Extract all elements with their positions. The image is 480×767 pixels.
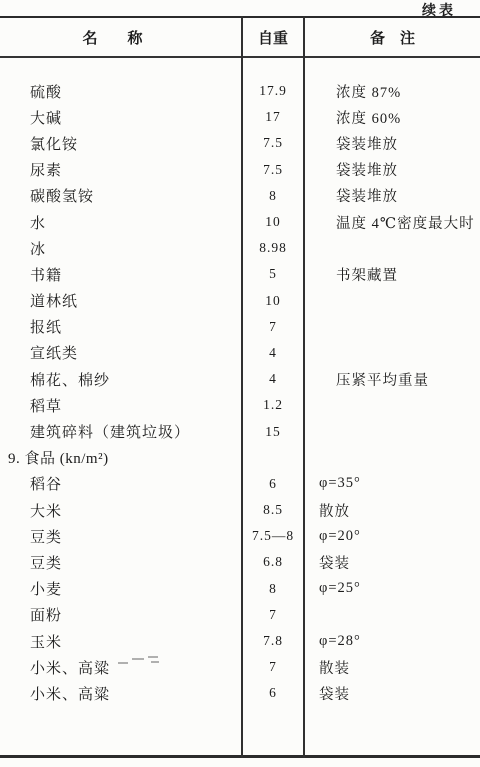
row-weight-cell: 7.5 (241, 135, 305, 151)
row-weight-cell: 10 (241, 214, 305, 230)
row-remark-cell: 袋装堆放 (305, 133, 480, 154)
row-name-cell: 9. 食品 (kn/m²) (0, 447, 241, 468)
row-name-cell: 道林纸 (0, 290, 241, 311)
row-name-cell: 稻谷 (0, 473, 241, 494)
row-weight-cell: 6.8 (241, 554, 305, 570)
table-row: 尿素 7.5 袋装堆放 (0, 157, 480, 183)
row-name-cell: 水 (0, 212, 241, 233)
table-row: 小米、高粱 7 散装 (0, 654, 480, 680)
table-row: 硫酸 17.9 浓度 87% (0, 78, 480, 104)
row-weight-cell: 6 (241, 685, 305, 701)
row-remark-cell: 压紧平均重量 (305, 369, 480, 390)
row-name-cell: 冰 (0, 238, 241, 259)
row-remark-cell: 袋装 (305, 552, 480, 573)
row-weight-cell: 17 (241, 109, 305, 125)
row-weight-cell: 15 (241, 424, 305, 440)
row-name-cell: 尿素 (0, 159, 241, 180)
table-row: 大米 8.5 散放 (0, 497, 480, 523)
table-row: 稻草 1.2 (0, 392, 480, 418)
table-row: 面粉 7 (0, 602, 480, 628)
row-weight-cell: 7.8 (241, 633, 305, 649)
print-smudge-artifact (118, 656, 162, 665)
table-row: 冰 8.98 (0, 235, 480, 261)
table-row: 书籍 5 书架藏置 (0, 261, 480, 287)
column-header-name: 名 称 (0, 27, 233, 48)
table-row: 9. 食品 (kn/m²) (0, 445, 480, 471)
row-weight-cell: 8 (241, 188, 305, 204)
row-remark-cell: 书架藏置 (305, 264, 480, 285)
table-bottom-rule (0, 755, 480, 758)
row-remark-cell: 袋装堆放 (305, 159, 480, 180)
row-name-cell: 书籍 (0, 264, 241, 285)
row-name-cell: 大米 (0, 500, 241, 521)
row-remark-cell: φ=35° (305, 475, 480, 492)
row-weight-cell: 7 (241, 607, 305, 623)
table-top-rule (0, 16, 480, 18)
table-row: 氯化铵 7.5 袋装堆放 (0, 130, 480, 156)
row-name-cell: 氯化铵 (0, 133, 241, 154)
row-weight-cell: 4 (241, 371, 305, 387)
row-weight-cell: 7 (241, 319, 305, 335)
table-row: 小麦 8 φ=25° (0, 576, 480, 602)
table-row: 大碱 17 浓度 60% (0, 104, 480, 130)
row-weight-cell: 17.9 (241, 83, 305, 99)
row-weight-cell: 7.5—8 (241, 528, 305, 544)
table-row: 碳酸氢铵 8 袋装堆放 (0, 183, 480, 209)
row-remark-cell: 温度 4℃密度最大时 (305, 212, 480, 233)
column-header-remark: 备 注 (305, 27, 480, 48)
row-name-cell: 建筑碎料（建筑垃圾） (0, 421, 241, 442)
row-weight-cell: 7.5 (241, 162, 305, 178)
table-row: 报纸 7 (0, 314, 480, 340)
row-remark-cell: 袋装 (305, 683, 480, 704)
table-row: 水 10 温度 4℃密度最大时 (0, 209, 480, 235)
column-header-weight: 自重 (241, 27, 305, 48)
table-row: 道林纸 10 (0, 288, 480, 314)
row-name-cell: 豆类 (0, 526, 241, 547)
table-row: 建筑碎料（建筑垃圾） 15 (0, 418, 480, 444)
row-remark-cell: φ=20° (305, 528, 480, 545)
row-remark-cell: 袋装堆放 (305, 185, 480, 206)
row-name-cell: 碳酸氢铵 (0, 185, 241, 206)
row-remark-cell: 散放 (305, 500, 480, 521)
row-weight-cell: 8.5 (241, 502, 305, 518)
row-weight-cell: 7 (241, 659, 305, 675)
table-row: 稻谷 6 φ=35° (0, 471, 480, 497)
table-rows: 硫酸 17.9 浓度 87% 大碱 17 浓度 60% 氯化铵 7.5 袋装堆放… (0, 58, 480, 707)
scanned-table-page: 续表 名 称 自重 备 注 硫酸 17.9 浓度 87% 大碱 17 浓度 60… (0, 0, 480, 767)
row-name-cell: 玉米 (0, 631, 241, 652)
row-name-cell: 棉花、棉纱 (0, 369, 241, 390)
row-weight-cell: 4 (241, 345, 305, 361)
row-name-cell: 宣纸类 (0, 342, 241, 363)
row-name-cell: 硫酸 (0, 81, 241, 102)
table-row: 棉花、棉纱 4 压紧平均重量 (0, 366, 480, 392)
row-weight-cell: 5 (241, 266, 305, 282)
row-name-cell: 大碱 (0, 107, 241, 128)
row-name-cell: 面粉 (0, 604, 241, 625)
table-row: 小米、高粱 6 袋装 (0, 680, 480, 706)
row-name-cell: 豆类 (0, 552, 241, 573)
table-row: 宣纸类 4 (0, 340, 480, 366)
row-remark-cell: φ=28° (305, 633, 480, 650)
row-name-cell: 稻草 (0, 395, 241, 416)
row-remark-cell: φ=25° (305, 580, 480, 597)
row-weight-cell: 8 (241, 581, 305, 597)
row-weight-cell: 8.98 (241, 240, 305, 256)
table-header-row: 名 称 自重 备 注 (0, 20, 480, 54)
row-weight-cell: 6 (241, 476, 305, 492)
row-remark-cell: 浓度 60% (305, 107, 480, 128)
row-weight-cell: 10 (241, 293, 305, 309)
table-row: 豆类 6.8 袋装 (0, 549, 480, 575)
row-name-cell: 小麦 (0, 578, 241, 599)
table-row: 豆类 7.5—8 φ=20° (0, 523, 480, 549)
row-remark-cell: 浓度 87% (305, 81, 480, 102)
row-remark-cell: 散装 (305, 657, 480, 678)
row-name-cell: 报纸 (0, 316, 241, 337)
row-weight-cell: 1.2 (241, 397, 305, 413)
table-row: 玉米 7.8 φ=28° (0, 628, 480, 654)
row-name-cell: 小米、高粱 (0, 683, 241, 704)
